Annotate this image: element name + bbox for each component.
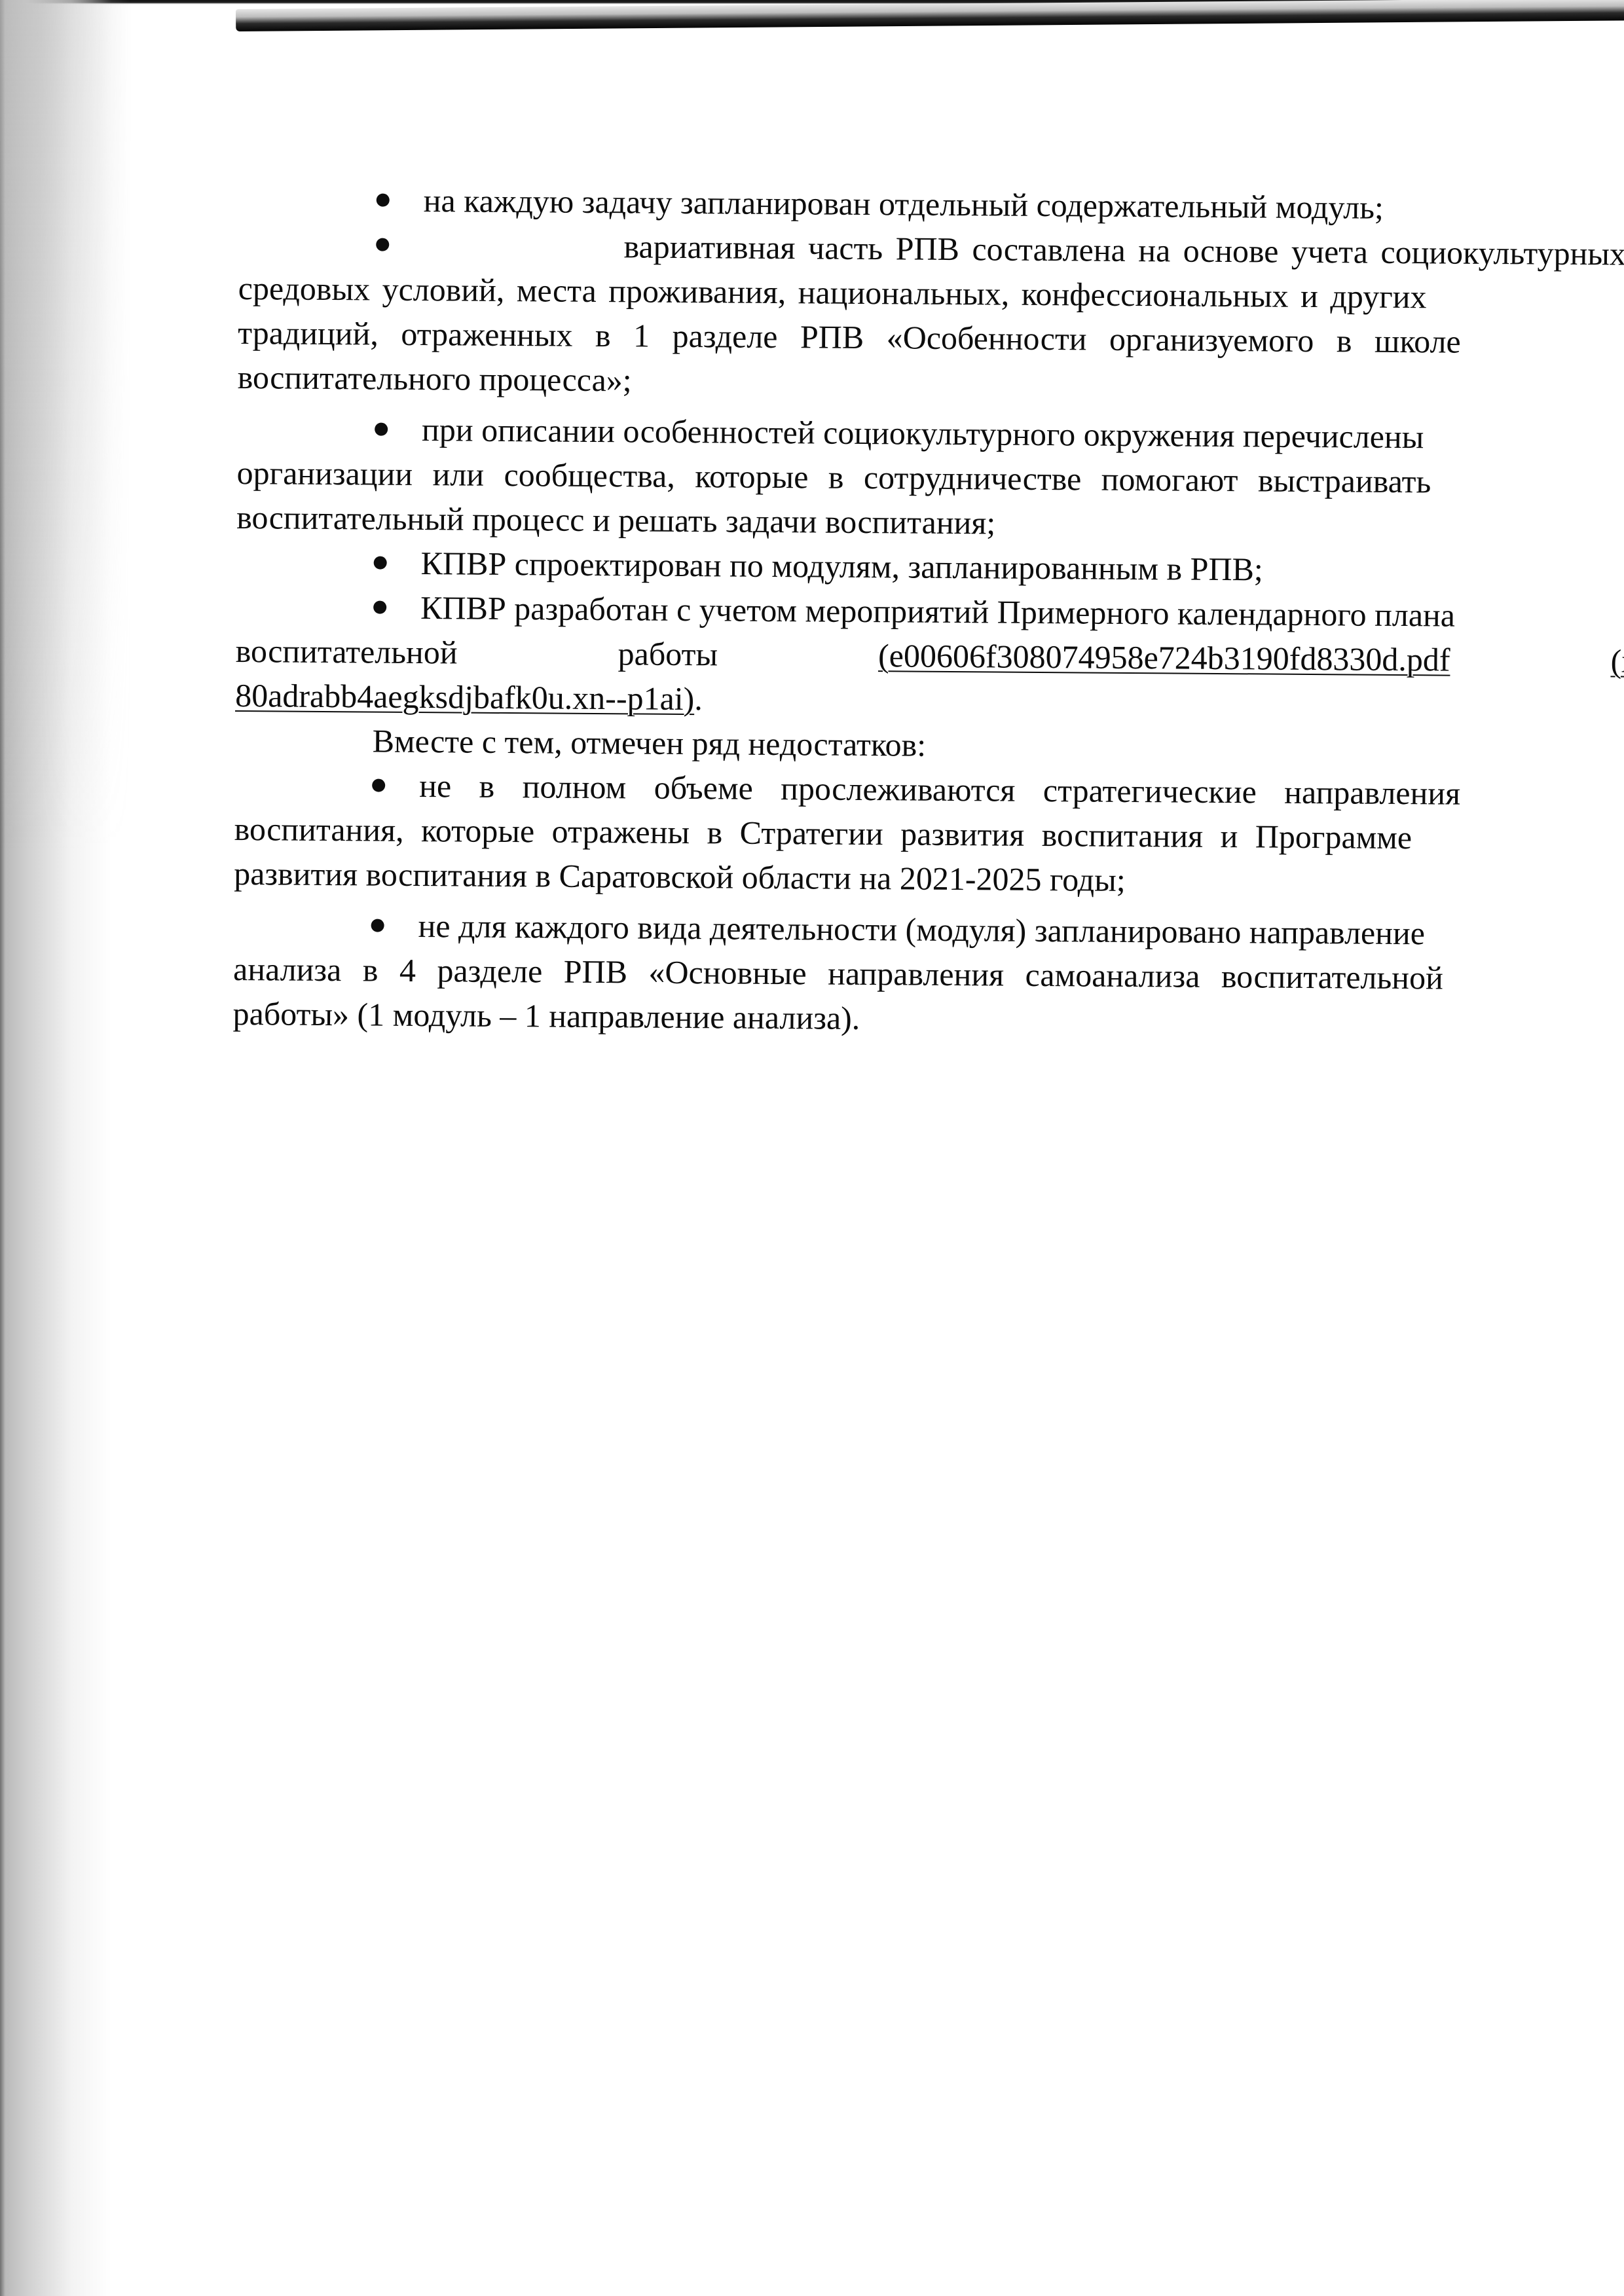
bullet-text: при описании особенностей социокультурно… [422, 411, 1424, 455]
bullet-item-sociocultural: при описании особенностей социокультурно… [236, 406, 1624, 551]
bullet-text: не для каждого вида деятельности (модуля… [418, 907, 1425, 951]
site-link-start[interactable]: (xn-- [1610, 638, 1624, 683]
bullet-icon [374, 556, 387, 569]
bullet-text: КПВР разработан с учетом мероприятий При… [420, 589, 1455, 634]
document-body: на каждую задачу запланирован отдельный … [232, 177, 1624, 1047]
bullet-icon [373, 600, 386, 613]
bullet-item-kpvr-calendar: КПВР разработан с учетом мероприятий При… [235, 584, 1624, 729]
site-link[interactable]: 80adrabb4aegksdjbafk0u.xn--p1ai) [235, 677, 695, 717]
bullet-item-analysis: не для каждого вида деятельности (модуля… [232, 902, 1624, 1047]
bullet-icon [377, 193, 390, 206]
bullet-icon [376, 238, 389, 251]
bullet-text: вариативная часть РПВ составлена на осно… [623, 224, 1624, 276]
word: воспитательной [235, 629, 457, 674]
bullet-item-strategy: не в полном объеме прослеживаются страте… [234, 762, 1624, 907]
bullet-text: КПВР спроектирован по модулям, запланиро… [420, 545, 1263, 587]
bullet-text: не в полном объеме прослеживаются страте… [419, 767, 1460, 812]
bullet-icon [371, 919, 384, 932]
bullet-icon [375, 422, 388, 435]
page-clip: на каждую задачу запланирован отдельный … [0, 0, 1624, 2296]
bullet-item-variative: вариативная часть РПВ составлена на осно… [238, 221, 1624, 410]
period: . [694, 680, 703, 717]
pdf-link[interactable]: (e00606f308074958e724b3190fd8330d.pdf [878, 633, 1450, 682]
word: работы [618, 631, 718, 676]
bullet-icon [372, 778, 385, 792]
bullet-text: на каждую задачу запланирован отдельный … [424, 182, 1384, 226]
